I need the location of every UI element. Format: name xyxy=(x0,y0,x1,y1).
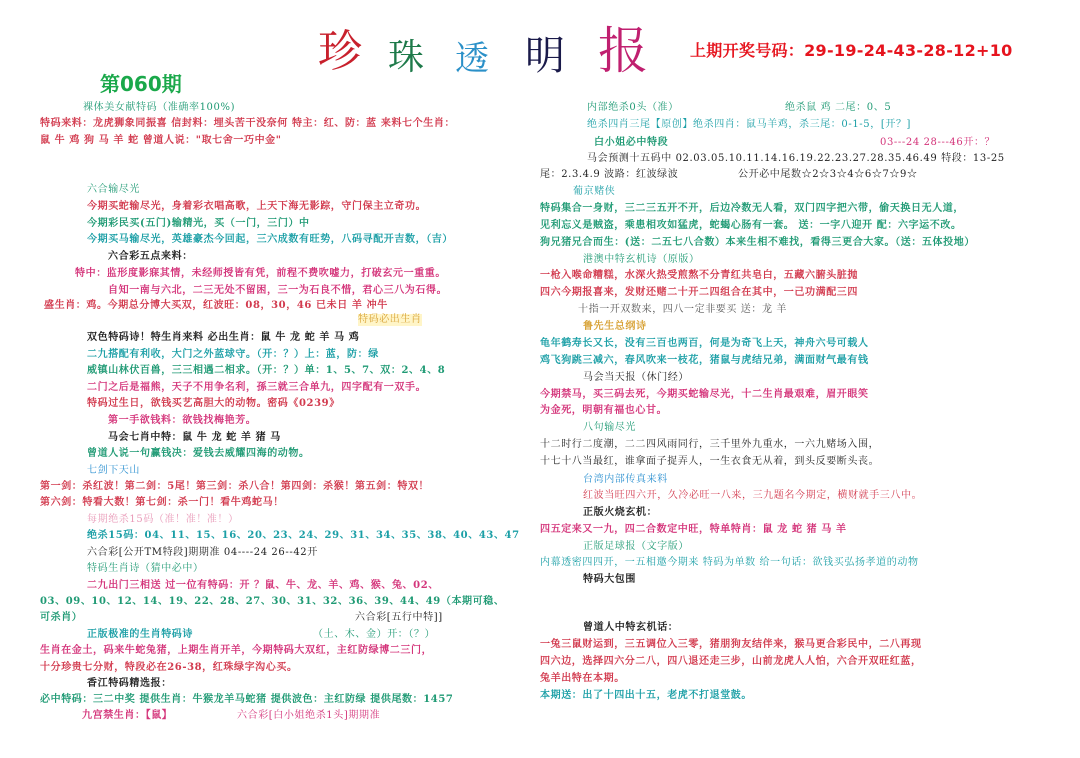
text-line: 公开必中尾数☆2☆3☆4☆6☆7☆9☆ xyxy=(738,169,918,181)
text-line: 二九搭配有利收，大门之外蓝球守。（开：？）上：蓝，防：绿 xyxy=(87,349,379,361)
masthead-char-2: 珠 xyxy=(388,40,424,76)
text-line: 香江特码精选报： xyxy=(87,678,172,690)
text-line: 狗兄猪兄合而生：(送：二五七八合数）本来生相不难找，看得三更合大家。（送：五体投… xyxy=(540,237,975,249)
text-line: 鲁先生总纲诗 xyxy=(583,321,647,333)
issue-number: 第060期 xyxy=(100,68,182,97)
text-line: 正版极准的生肖特码诗 xyxy=(87,629,193,641)
text-line: 每期绝杀15码（准！准！准！） xyxy=(87,514,239,526)
text-line: 十七十八当最红，谁拿面子捉弄人，一生衣食无从着，到头反要断头丧。 xyxy=(540,456,879,468)
text-line: 今期买马输尽光，英雄豪杰今回起，三六成数有旺势，八码寻配开吉数，（吉） xyxy=(87,234,453,246)
text-line: 特码集合一身财，三二三五开不开，后边冷数无人看，双门四字把六带，偷天换日无人道， xyxy=(540,203,964,215)
text-line: 六合彩[白小姐绝杀1头]期期准 xyxy=(237,710,380,722)
text-line: 今期彩民买(五门)输精光，买（一门，三门）中 xyxy=(87,218,310,230)
text-line: 特码生肖诗（猜中必中） xyxy=(87,563,204,575)
text-line: 二九出门三相送 过一位有特码：开 ？鼠、牛、龙、羊、鸡、猴、兔、02、 xyxy=(87,580,439,592)
text-line: 必中特码：三二中奖 提供生肖：牛猴龙羊马蛇猪 提供波色：主红防绿 提供尾数：14… xyxy=(40,694,453,706)
text-line: 特码大包围 xyxy=(583,574,636,586)
text-line: 龟年鹤寿长又长，没有三百也两百，何是为奇飞上天，神舟六号可载人 xyxy=(540,338,869,350)
text-line: 绝杀鼠 鸡 二尾：0、5 xyxy=(785,102,891,114)
text-line: 盛生肖：鸡。今期总分博大买双，红波旺：08，30，46 已未日 羊 冲牛 xyxy=(44,300,388,312)
text-line: 内幕透密四四开，一五相邀今期来 特码为单数 给一句话：欲钱买弘扬孝道的动物 xyxy=(540,557,919,569)
text-line: 绝杀四肖三尾【原创】绝杀四肖：鼠马羊鸡，杀三尾：0-1-5，[开？] xyxy=(587,119,911,131)
masthead-char-5: 报 xyxy=(598,26,648,76)
text-line: 生肖在金土，码来牛蛇兔猪，上期生肖开羊，今期特码大双红，主红防绿博二三门， xyxy=(40,645,432,657)
text-line: 正版足球报（文字版） xyxy=(583,541,689,553)
text-line: 鼠 牛 鸡 狗 马 羊 蛇 曾道人说："取七舍一巧中金" xyxy=(40,135,282,147)
text-line: 红波当旺四六开，久冷必旺一八来，三九题名今期定，横财就手三八中。 xyxy=(583,490,922,502)
text-line: 威镇山林伏百兽，三三相遇二相求。（开：？）单：1、5、7、双：2、4、8 xyxy=(87,365,445,377)
text-line: 可杀肖） xyxy=(40,612,82,624)
text-line: 今期买蛇输尽光，身着彩衣唱高歌，上天下海无影踪，守门保主立奇功。 xyxy=(87,201,426,213)
masthead-char-3: 透 xyxy=(455,42,489,76)
text-line: 自知一南与六北，二三无处不留困，三一为石良不惜，君心三八为石得。 xyxy=(108,285,447,297)
text-line: 港澳中特玄机诗（原版） xyxy=(583,254,700,266)
masthead-char-4: 明 xyxy=(525,36,565,76)
text-line: 绝杀15码：04、11、15、16、20、23、24、29、31、34、35、3… xyxy=(87,530,520,542)
text-line: 四六边，选择四六分二八，四八退还走三步，山前龙虎人人怕，六合开双旺红蓝， xyxy=(540,656,922,668)
text-line: 特码来料：龙虎狮象同振喜 信封料：埋头苦干没奈何 特主：红、防：蓝 来料七个生肖… xyxy=(40,118,455,130)
text-line: 二门之后是福熊，天子不用争名利，孫三就三合单九，四字配有一双手。 xyxy=(87,382,426,394)
text-line: 特中：监形度影寐其情，未经师授皆有凭，前程不费吹嘘力，打破玄元一重重。 xyxy=(75,268,446,280)
text-line: 今期禁马，买三码去死，今期买蛇输尽光，十二生肖最艰难，眉开眼笑 xyxy=(540,389,869,401)
text-line: 白小姐必中特段 xyxy=(594,137,668,149)
text-line: 双色特码诗！特生肖来料 必出生肖：鼠 牛 龙 蛇 羊 马 鸡 xyxy=(87,332,359,344)
text-line: 正版火烧玄机： xyxy=(583,507,657,519)
masthead-char-1: 珍 xyxy=(318,30,362,74)
text-line: 03---24 28---46开：？ xyxy=(880,137,995,149)
text-line: 03、09、10、12、14、19、22、28、27、30、31、32、36、3… xyxy=(40,596,504,608)
text-line: 本期送：出了十四出十五，老虎不打退堂鼓。 xyxy=(540,690,752,702)
text-line: 为金死，明朝有福也心甘。 xyxy=(540,405,667,417)
text-line: 内部绝杀0头（准） xyxy=(587,102,679,114)
text-line: 十指一开双数来，四八一定非要买 送：龙 羊 xyxy=(578,304,787,316)
text-line: 七剑下天山 xyxy=(87,465,140,477)
text-line: 九宫禁生肖：【鼠】 xyxy=(82,710,172,722)
last-draw-numbers: 上期开奖号码：29-19-24-43-28-12+10 xyxy=(690,38,1013,61)
text-line: 裸体美女献特码（准确率100%) xyxy=(83,102,235,114)
text-line: 第一手欲钱料：欲钱找梅艳芳。 xyxy=(108,415,256,427)
text-line: 尾：2.3.4.9 波路：红波绿波 xyxy=(540,169,678,181)
text-line: 十分珍贵七分财，特段必在26-38，红珠绿字沟心买。 xyxy=(40,662,298,674)
text-line: 马会当天报（休门经） xyxy=(583,372,689,384)
text-line: 马会预测十五码中 02.03.05.10.11.14.16.19.22.23.2… xyxy=(587,153,1005,165)
text-line: 四六今期报喜来，发财还赌二十开二四组合在其中，一己功满配三四 xyxy=(540,287,858,299)
text-line: 曾道人说一句赢钱决：爱钱去威耀四海的动物。 xyxy=(87,448,310,460)
text-line: 见利忘义是贼盗，乘患相攻如猛虎，蛇蝎心肠有一套。 送：一字八迎开 配：六字运不改… xyxy=(540,220,962,232)
text-line: 六合输尽光 xyxy=(87,184,140,196)
text-line: 第一剑：杀红波！第二剑：5尾！第三剑：杀八合！第四剑：杀猴！第五剑：特双！ xyxy=(40,481,429,493)
text-line: 鸡飞狗跳三减六，春风吹来一枝花，猪鼠与虎结兄弟，满面财气最有钱 xyxy=(540,355,869,367)
text-line: 四五定来又一九，四二合数定中旺，特单特肖：鼠 龙 蛇 猪 马 羊 xyxy=(540,524,847,536)
text-line: 一枪入喉命糟糕，水深火热受煎熬不分青红共皂白，五藏六腑头脏抛 xyxy=(540,270,858,282)
text-line: 六合彩[公开TM特段]期期准 04----24 26--42开 xyxy=(87,547,318,559)
text-line: 一兔三鼠财运到，三五调位入三零，猪朋狗友结伴来，猴马更合彩民中，二八再现 xyxy=(540,639,922,651)
text-line: 兔羊出特在本期。 xyxy=(540,673,625,685)
text-line: 马会七肖中特：鼠 牛 龙 蛇 羊 猪 马 xyxy=(108,432,281,444)
text-line: 特码过生日，欲钱买艺高胆大的动物。密码《0239》 xyxy=(87,398,340,410)
text-line: 葡京赌侠 xyxy=(573,186,615,198)
section-tag: 特码必出生肖 xyxy=(358,314,422,326)
text-line: 第六剑：特看大数！第七剑：杀一门！看牛鸡蛇马！ xyxy=(40,497,284,509)
text-line: 六合彩[五行中特]] xyxy=(355,612,443,624)
text-line: 台湾内部传真来料 xyxy=(583,474,668,486)
text-line: 曾道人中特玄机话： xyxy=(583,622,678,634)
text-line: 六合彩五点来料： xyxy=(108,251,193,263)
text-line: （土、木、金）开：（？） xyxy=(313,629,435,641)
text-line: 八句输尽光 xyxy=(583,422,636,434)
text-line: 十二时行二度潮，二二四风雨同行，三千里外九重水，一六九赌场入围， xyxy=(540,439,879,451)
